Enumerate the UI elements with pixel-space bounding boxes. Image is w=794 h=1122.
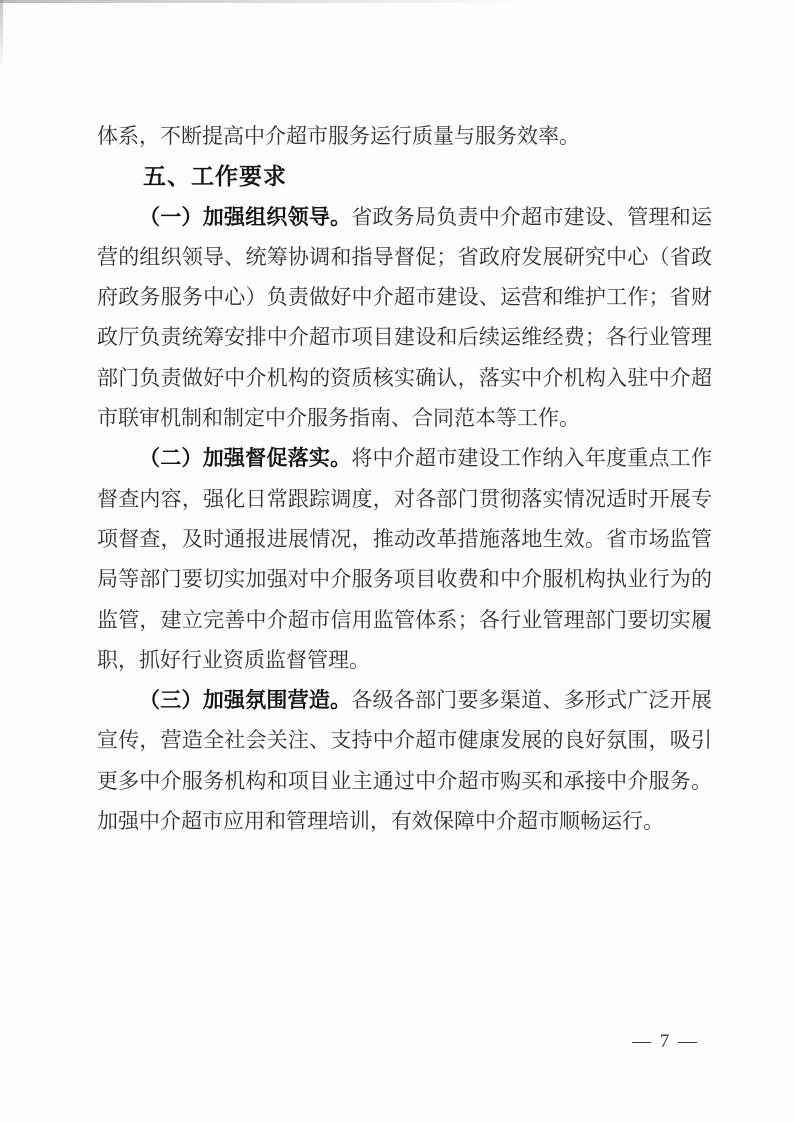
paragraph-2: （二）加强督促落实。将中介超市建设工作纳入年度重点工作督查内容，强化日常跟踪调度…	[97, 438, 712, 680]
paragraph-2-lead: （二）加强督促落实。	[139, 446, 351, 470]
paragraph-3: （三）加强氛围营造。各级各部门要多渠道、多形式广泛开展宣传，营造全社会关注、支持…	[97, 680, 712, 841]
page-number: — 7 —	[632, 1030, 699, 1054]
paragraph-2-text: 将中介超市建设工作纳入年度重点工作督查内容，强化日常跟踪调度，对各部门贯彻落实情…	[97, 446, 712, 671]
paragraph-1-lead: （一）加强组织领导。	[139, 205, 351, 229]
paragraph-1-text: 省政务局负责中介超市建设、管理和运营的组织领导、统筹协调和指导督促；省政府发展研…	[97, 205, 712, 430]
section-heading: 五、工作要求	[97, 156, 712, 196]
paragraph-1: （一）加强组织领导。省政务局负责中介超市建设、管理和运营的组织领导、统筹协调和指…	[97, 197, 712, 439]
document-body: 体系，不断提高中介超市服务运行质量与服务效率。 五、工作要求 （一）加强组织领导…	[97, 0, 712, 841]
scan-edge-left	[0, 0, 3, 70]
paragraph-continuation: 体系，不断提高中介超市服务运行质量与服务效率。	[97, 116, 712, 156]
document-page: 体系，不断提高中介超市服务运行质量与服务效率。 五、工作要求 （一）加强组织领导…	[0, 0, 794, 1122]
paragraph-3-lead: （三）加强氛围营造。	[139, 688, 351, 712]
